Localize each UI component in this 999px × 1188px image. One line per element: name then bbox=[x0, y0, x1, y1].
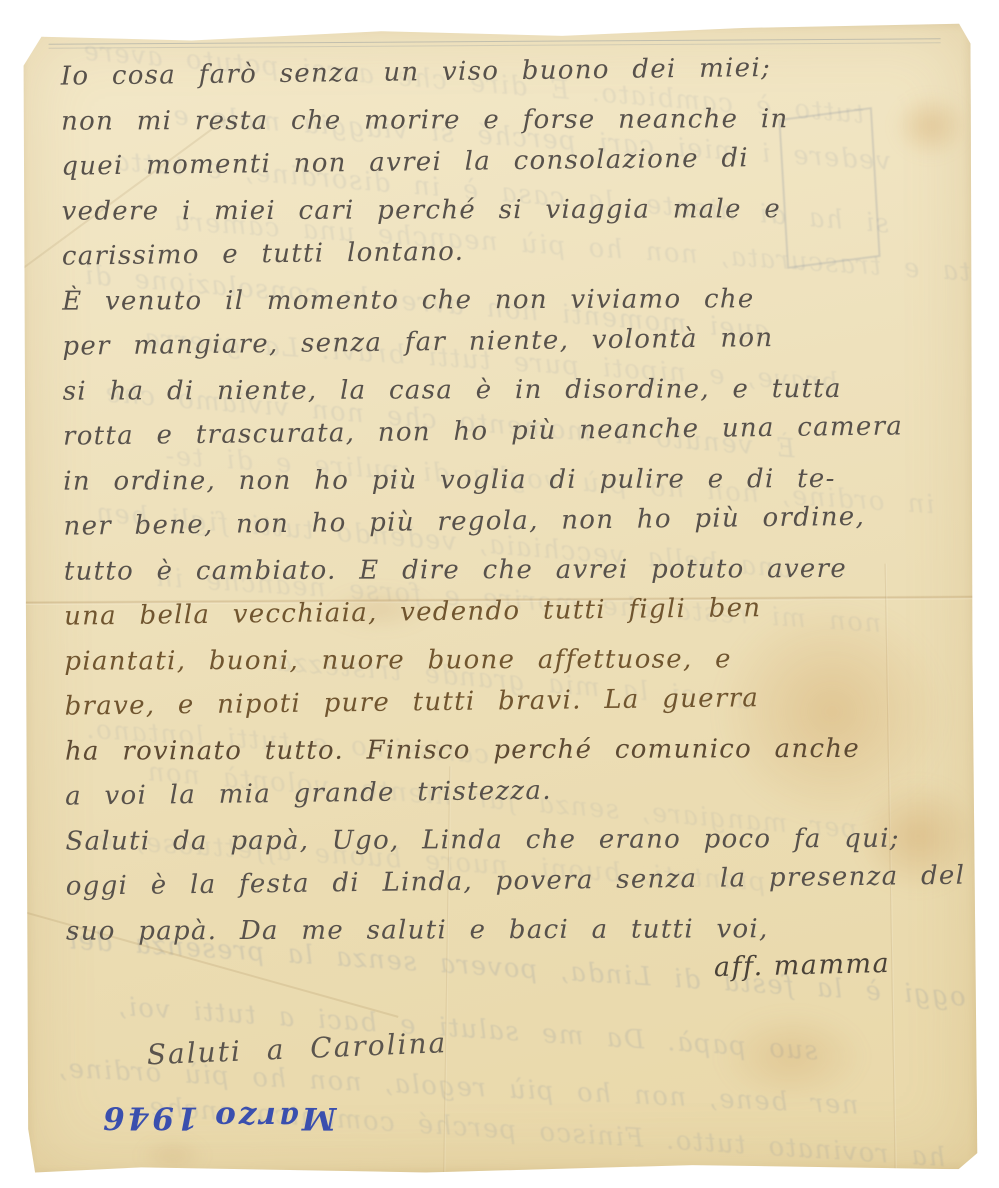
paper-stain bbox=[717, 1009, 868, 1105]
paper-stain bbox=[137, 1138, 207, 1173]
handwritten-line: brave, e nipoti pure tutti bravi. La gue… bbox=[64, 674, 952, 730]
letter-lines: Io cosa farò senza un viso buono dei mie… bbox=[61, 49, 954, 954]
letter-body: Io cosa farò senza un viso buono dei mie… bbox=[61, 49, 955, 996]
handwritten-line: oggi è la festa di Linda, povera senza l… bbox=[65, 854, 953, 910]
postscript-greeting: Saluti a Carolina bbox=[146, 1026, 448, 1071]
handwritten-line: ner bene, non ho più regola, non ho più … bbox=[63, 494, 951, 550]
handwritten-line: Io cosa farò senza un viso buono dei mie… bbox=[61, 44, 949, 100]
handwritten-line: carissimo e tutti lontano. bbox=[62, 224, 950, 280]
handwritten-line: quei momenti non avrei la consolazione d… bbox=[61, 134, 949, 190]
handwritten-line: rotta e trascurata, non ho più neanche u… bbox=[63, 404, 951, 460]
date-annotation-blue-ink: Marzo 1946 bbox=[93, 1099, 343, 1136]
handwritten-line: per mangiare, senza far niente, volontà … bbox=[62, 314, 950, 370]
letter-paper: tutto è cambiato. E dire che avrei potut… bbox=[21, 23, 978, 1175]
handwritten-line: una bella vecchiaia, vedendo tutti figli… bbox=[64, 584, 952, 640]
handwritten-line: a voi la mia grande tristezza. bbox=[65, 764, 953, 820]
letter-scan: tutto è cambiato. E dire che avrei potut… bbox=[0, 0, 999, 1188]
